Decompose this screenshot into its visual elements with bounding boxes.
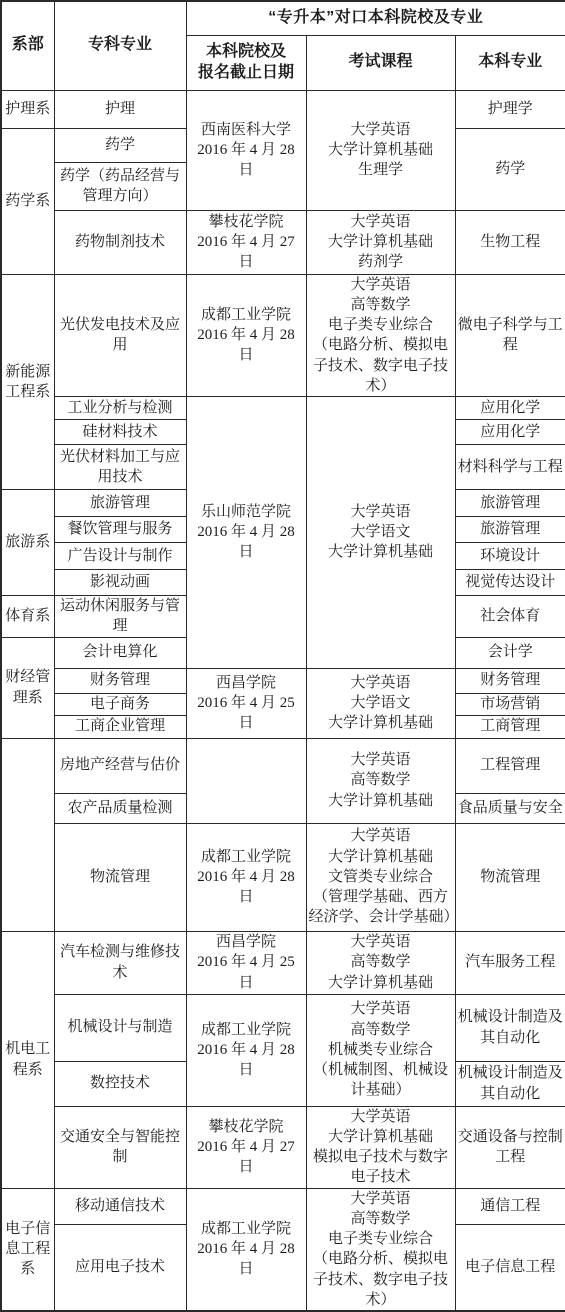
bachelor-major-cell: 社会体育 [455,596,565,638]
college-cell: 乐山师范学院 2016 年 4 月 28 日 [186,397,306,669]
table-row: 物流管理成都工业学院 2016 年 4 月 28 日大学英语 大学计算机基础 文… [1,823,565,931]
junior-major-cell: 机械设计与制造 [54,994,186,1061]
college-cell: 成都工业学院 2016 年 4 月 28 日 [186,274,306,397]
dept-cell: 药学系 [1,128,54,274]
bachelor-major-cell: 物流管理 [455,823,565,931]
header-group-title: “专升本”对口本科院校及专业 [186,1,565,35]
bachelor-major-cell: 环境设计 [455,543,565,570]
college-cell: 成都工业学院 2016 年 4 月 28 日 [186,1188,306,1311]
junior-major-cell: 广告设计与制作 [54,543,186,570]
dept-cell: 护理系 [1,90,54,128]
courses-cell: 大学英语 大学计算机基础 生理学 [306,90,455,210]
junior-major-cell: 药物制剂技术 [54,210,186,274]
junior-major-cell: 财务管理 [54,668,186,693]
bachelor-major-cell: 电子信息工程 [455,1224,565,1311]
bachelor-major-cell: 生物工程 [455,210,565,274]
table-row: 新能源工程系光伏发电技术及应用成都工业学院 2016 年 4 月 28 日大学英… [1,274,565,397]
table-row: 房地产经营与估价大学英语 高等数学 大学计算机基础工程管理 [1,738,565,793]
admission-table: 系部 专科专业 “专升本”对口本科院校及专业 本科院校及 报名截止日期 考试课程… [0,0,565,1312]
courses-cell: 大学英语 大学计算机基础 模拟电子技术与数字电子技术 [306,1106,455,1188]
header-bachelor-major: 本科专业 [455,35,565,90]
bachelor-major-cell: 通信工程 [455,1188,565,1224]
junior-major-cell: 汽车检测与维修技术 [54,931,186,994]
college-cell: 攀枝花学院 2016 年 4 月 27 日 [186,210,306,274]
bachelor-major-cell: 护理学 [455,90,565,128]
college-cell: 西南医科大学 2016 年 4 月 28 日 [186,90,306,210]
bachelor-major-cell: 机械设计制造及其自动化 [455,994,565,1061]
header-junior-major: 专科专业 [54,1,186,90]
junior-major-cell: 交通安全与智能控制 [54,1106,186,1188]
table-row: 财务管理西昌学院 2016 年 4 月 25 日大学英语 大学语文 大学计算机基… [1,668,565,693]
junior-major-cell: 护理 [54,90,186,128]
courses-cell: 大学英语 大学计算机基础 文管类专业综合 （管理学基础、西方经济学、会计学基础） [306,823,455,931]
junior-major-cell: 工商企业管理 [54,715,186,738]
bachelor-major-cell: 材料科学与工程 [455,445,565,490]
junior-major-cell: 药学（药品经营与管理方向） [54,162,186,210]
bachelor-major-cell: 工程管理 [455,738,565,793]
bachelor-major-cell: 旅游管理 [455,490,565,517]
bachelor-major-cell: 视觉传达设计 [455,570,565,596]
junior-major-cell: 光伏材料加工与应用技术 [54,445,186,490]
table-body: 护理系护理西南医科大学 2016 年 4 月 28 日大学英语 大学计算机基础 … [1,90,565,1311]
bachelor-major-cell: 市场营销 [455,693,565,715]
junior-major-cell: 农产品质量检测 [54,793,186,823]
dept-cell: 旅游系 [1,490,54,596]
dept-cell: 财经管理系 [1,637,54,738]
junior-major-cell: 房地产经营与估价 [54,738,186,793]
junior-major-cell: 影视动画 [54,570,186,596]
table-row: 工业分析与检测乐山师范学院 2016 年 4 月 28 日大学英语 大学语文 大… [1,397,565,420]
junior-major-cell: 旅游管理 [54,490,186,517]
junior-major-cell: 数控技术 [54,1061,186,1106]
table-row: 药物制剂技术攀枝花学院 2016 年 4 月 27 日大学英语 大学计算机基础 … [1,210,565,274]
college-cell [186,738,306,823]
courses-cell: 大学英语 高等数学 电子类专业综合 （电路分析、模拟电子技术、数字电子技术） [306,1188,455,1311]
courses-cell: 大学英语 大学计算机基础 药剂学 [306,210,455,274]
junior-major-cell: 运动休闲服务与管理 [54,596,186,638]
bachelor-major-cell: 工商管理 [455,715,565,738]
courses-cell: 大学英语 高等数学 大学计算机基础 [306,738,455,823]
table-row: 护理系护理西南医科大学 2016 年 4 月 28 日大学英语 大学计算机基础 … [1,90,565,128]
college-cell: 成都工业学院 2016 年 4 月 28 日 [186,994,306,1106]
bachelor-major-cell: 会计学 [455,637,565,668]
junior-major-cell: 会计电算化 [54,637,186,668]
courses-cell: 大学英语 高等数学 电子类专业综合 （电路分析、模拟电子技术、数字电子技术） [306,274,455,397]
junior-major-cell: 应用电子技术 [54,1224,186,1311]
table-row: 交通安全与智能控制攀枝花学院 2016 年 4 月 27 日大学英语 大学计算机… [1,1106,565,1188]
junior-major-cell: 电子商务 [54,693,186,715]
bachelor-major-cell: 微电子科学与工程 [455,274,565,397]
dept-cell: 电子信息工程系 [1,1188,54,1311]
courses-cell: 大学英语 高等数学 机械类专业综合 （机械制图、机械设计基础） [306,994,455,1106]
header-college-deadline: 本科院校及 报名截止日期 [186,35,306,90]
bachelor-major-cell: 财务管理 [455,668,565,693]
header-row-top: 系部 专科专业 “专升本”对口本科院校及专业 [1,1,565,35]
bachelor-major-cell: 应用化学 [455,420,565,445]
bachelor-major-cell: 旅游管理 [455,517,565,543]
college-cell: 西昌学院 2016 年 4 月 25 日 [186,668,306,738]
junior-major-cell: 硅材料技术 [54,420,186,445]
junior-major-cell: 工业分析与检测 [54,397,186,420]
dept-cell: 体育系 [1,596,54,638]
college-cell: 攀枝花学院 2016 年 4 月 27 日 [186,1106,306,1188]
header-dept: 系部 [1,1,54,90]
bachelor-major-cell: 应用化学 [455,397,565,420]
table-header: 系部 专科专业 “专升本”对口本科院校及专业 本科院校及 报名截止日期 考试课程… [1,1,565,90]
college-cell: 成都工业学院 2016 年 4 月 28 日 [186,823,306,931]
bachelor-major-cell: 机械设计制造及其自动化 [455,1061,565,1106]
junior-major-cell: 餐饮管理与服务 [54,517,186,543]
bachelor-major-cell: 食品质量与安全 [455,793,565,823]
junior-major-cell: 药学 [54,128,186,162]
table-row: 机械设计与制造成都工业学院 2016 年 4 月 28 日大学英语 高等数学 机… [1,994,565,1061]
table-row: 电子信息工程系移动通信技术成都工业学院 2016 年 4 月 28 日大学英语 … [1,1188,565,1224]
dept-cell: 机电工程系 [1,931,54,1188]
bachelor-major-cell: 汽车服务工程 [455,931,565,994]
header-exam-courses: 考试课程 [306,35,455,90]
courses-cell: 大学英语 大学语文 大学计算机基础 [306,397,455,669]
dept-cell: 新能源工程系 [1,274,54,490]
document-page: 系部 专科专业 “专升本”对口本科院校及专业 本科院校及 报名截止日期 考试课程… [0,0,565,1312]
college-cell: 西昌学院 2016 年 4 月 25 日 [186,931,306,994]
bachelor-major-cell: 药学 [455,128,565,210]
courses-cell: 大学英语 高等数学 大学计算机基础 [306,931,455,994]
junior-major-cell: 移动通信技术 [54,1188,186,1224]
junior-major-cell: 光伏发电技术及应用 [54,274,186,397]
table-row: 机电工程系汽车检测与维修技术西昌学院 2016 年 4 月 25 日大学英语 高… [1,931,565,994]
junior-major-cell: 物流管理 [54,823,186,931]
dept-cell [1,738,54,931]
courses-cell: 大学英语 大学语文 大学计算机基础 [306,668,455,738]
bachelor-major-cell: 交通设备与控制工程 [455,1106,565,1188]
